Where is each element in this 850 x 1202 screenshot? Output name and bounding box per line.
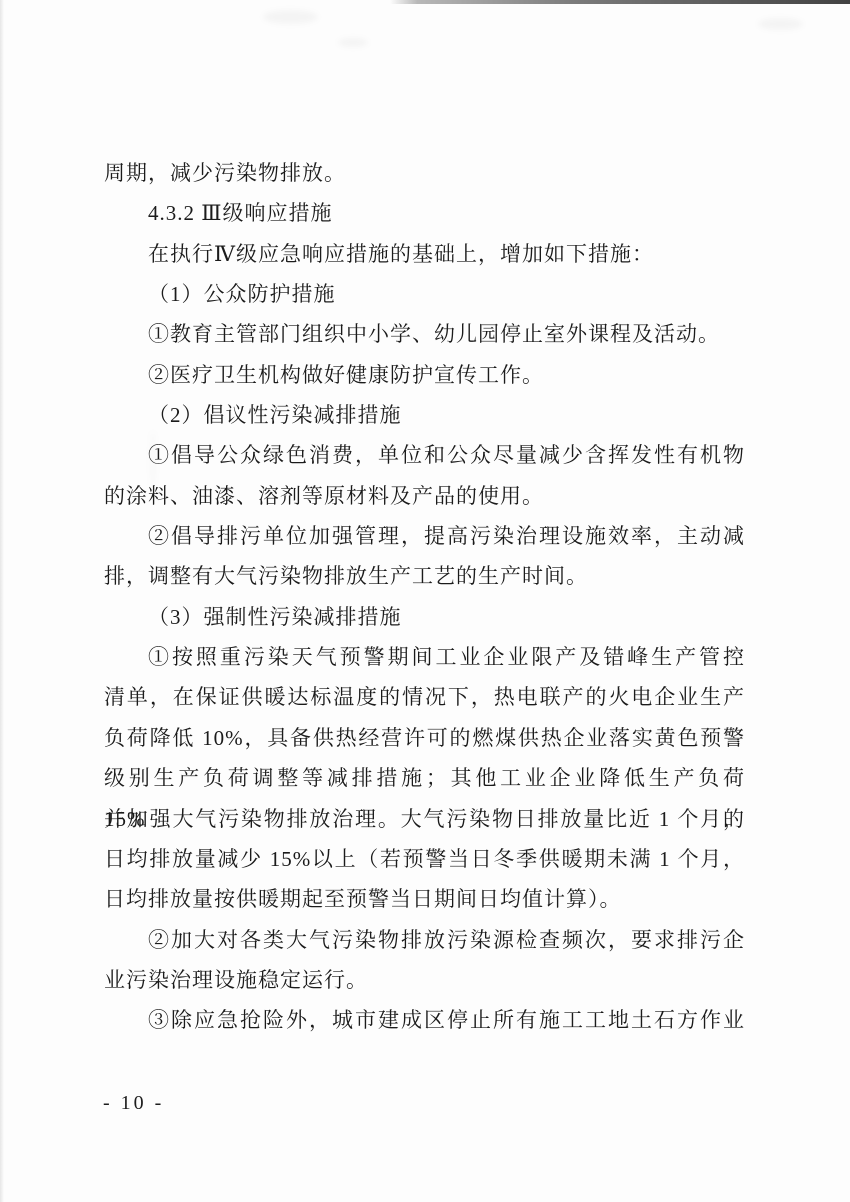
- text-line: ③除应急抢险外，城市建成区停止所有施工工地土石方作业: [104, 1000, 745, 1040]
- text-line: 级别生产负荷调整等减排措施；其他工业企业降低生产负荷 15%，: [104, 758, 745, 798]
- document-page: 周期，减少污染物排放。4.3.2 Ⅲ级响应措施在执行Ⅳ级应急响应措施的基础上，增…: [0, 0, 850, 1202]
- text-line: 清单，在保证供暖达标温度的情况下，热电联产的火电企业生产: [104, 677, 745, 717]
- text-line: 并加强大气污染物排放治理。大气污染物日排放量比近 1 个月的: [104, 799, 745, 839]
- text-line: ①教育主管部门组织中小学、幼儿园停止室外课程及活动。: [104, 314, 745, 354]
- text-line: 负荷降低 10%，具备供热经营许可的燃煤供热企业落实黄色预警: [104, 718, 745, 758]
- text-line: ②医疗卫生机构做好健康防护宣传工作。: [104, 355, 745, 395]
- scan-artifact-top-line: [390, 0, 850, 4]
- text-line: 4.3.2 Ⅲ级响应措施: [104, 193, 745, 233]
- text-line: 日均排放量按供暖期起至预警当日期间日均值计算）。: [104, 879, 745, 919]
- text-line: ①倡导公众绿色消费，单位和公众尽量减少含挥发性有机物: [104, 435, 745, 475]
- scan-smudge: [758, 18, 803, 30]
- text-line: （3）强制性污染减排措施: [104, 597, 745, 637]
- text-line: （2）倡议性污染减排措施: [104, 395, 745, 435]
- scan-smudge: [263, 10, 318, 24]
- scan-artifact-left-edge: [0, 0, 4, 1202]
- scan-smudge: [338, 38, 368, 47]
- page-number: - 10 -: [103, 1092, 164, 1115]
- text-line: 在执行Ⅳ级应急响应措施的基础上，增加如下措施：: [104, 234, 745, 274]
- text-line: 日均排放量减少 15%以上（若预警当日冬季供暖期未满 1 个月，: [104, 839, 745, 879]
- text-line: （1）公众防护措施: [104, 274, 745, 314]
- text-block: 周期，减少污染物排放。4.3.2 Ⅲ级响应措施在执行Ⅳ级应急响应措施的基础上，增…: [104, 153, 745, 1041]
- text-line: ①按照重污染天气预警期间工业企业限产及错峰生产管控: [104, 637, 745, 677]
- text-line: 排，调整有大气污染物排放生产工艺的生产时间。: [104, 556, 745, 596]
- text-line: ②加大对各类大气污染物排放污染源检查频次，要求排污企: [104, 920, 745, 960]
- text-line: ②倡导排污单位加强管理，提高污染治理设施效率，主动减: [104, 516, 745, 556]
- text-line: 周期，减少污染物排放。: [104, 153, 745, 193]
- text-line: 业污染治理设施稳定运行。: [104, 960, 745, 1000]
- text-line: 的涂料、油漆、溶剂等原材料及产品的使用。: [104, 476, 745, 516]
